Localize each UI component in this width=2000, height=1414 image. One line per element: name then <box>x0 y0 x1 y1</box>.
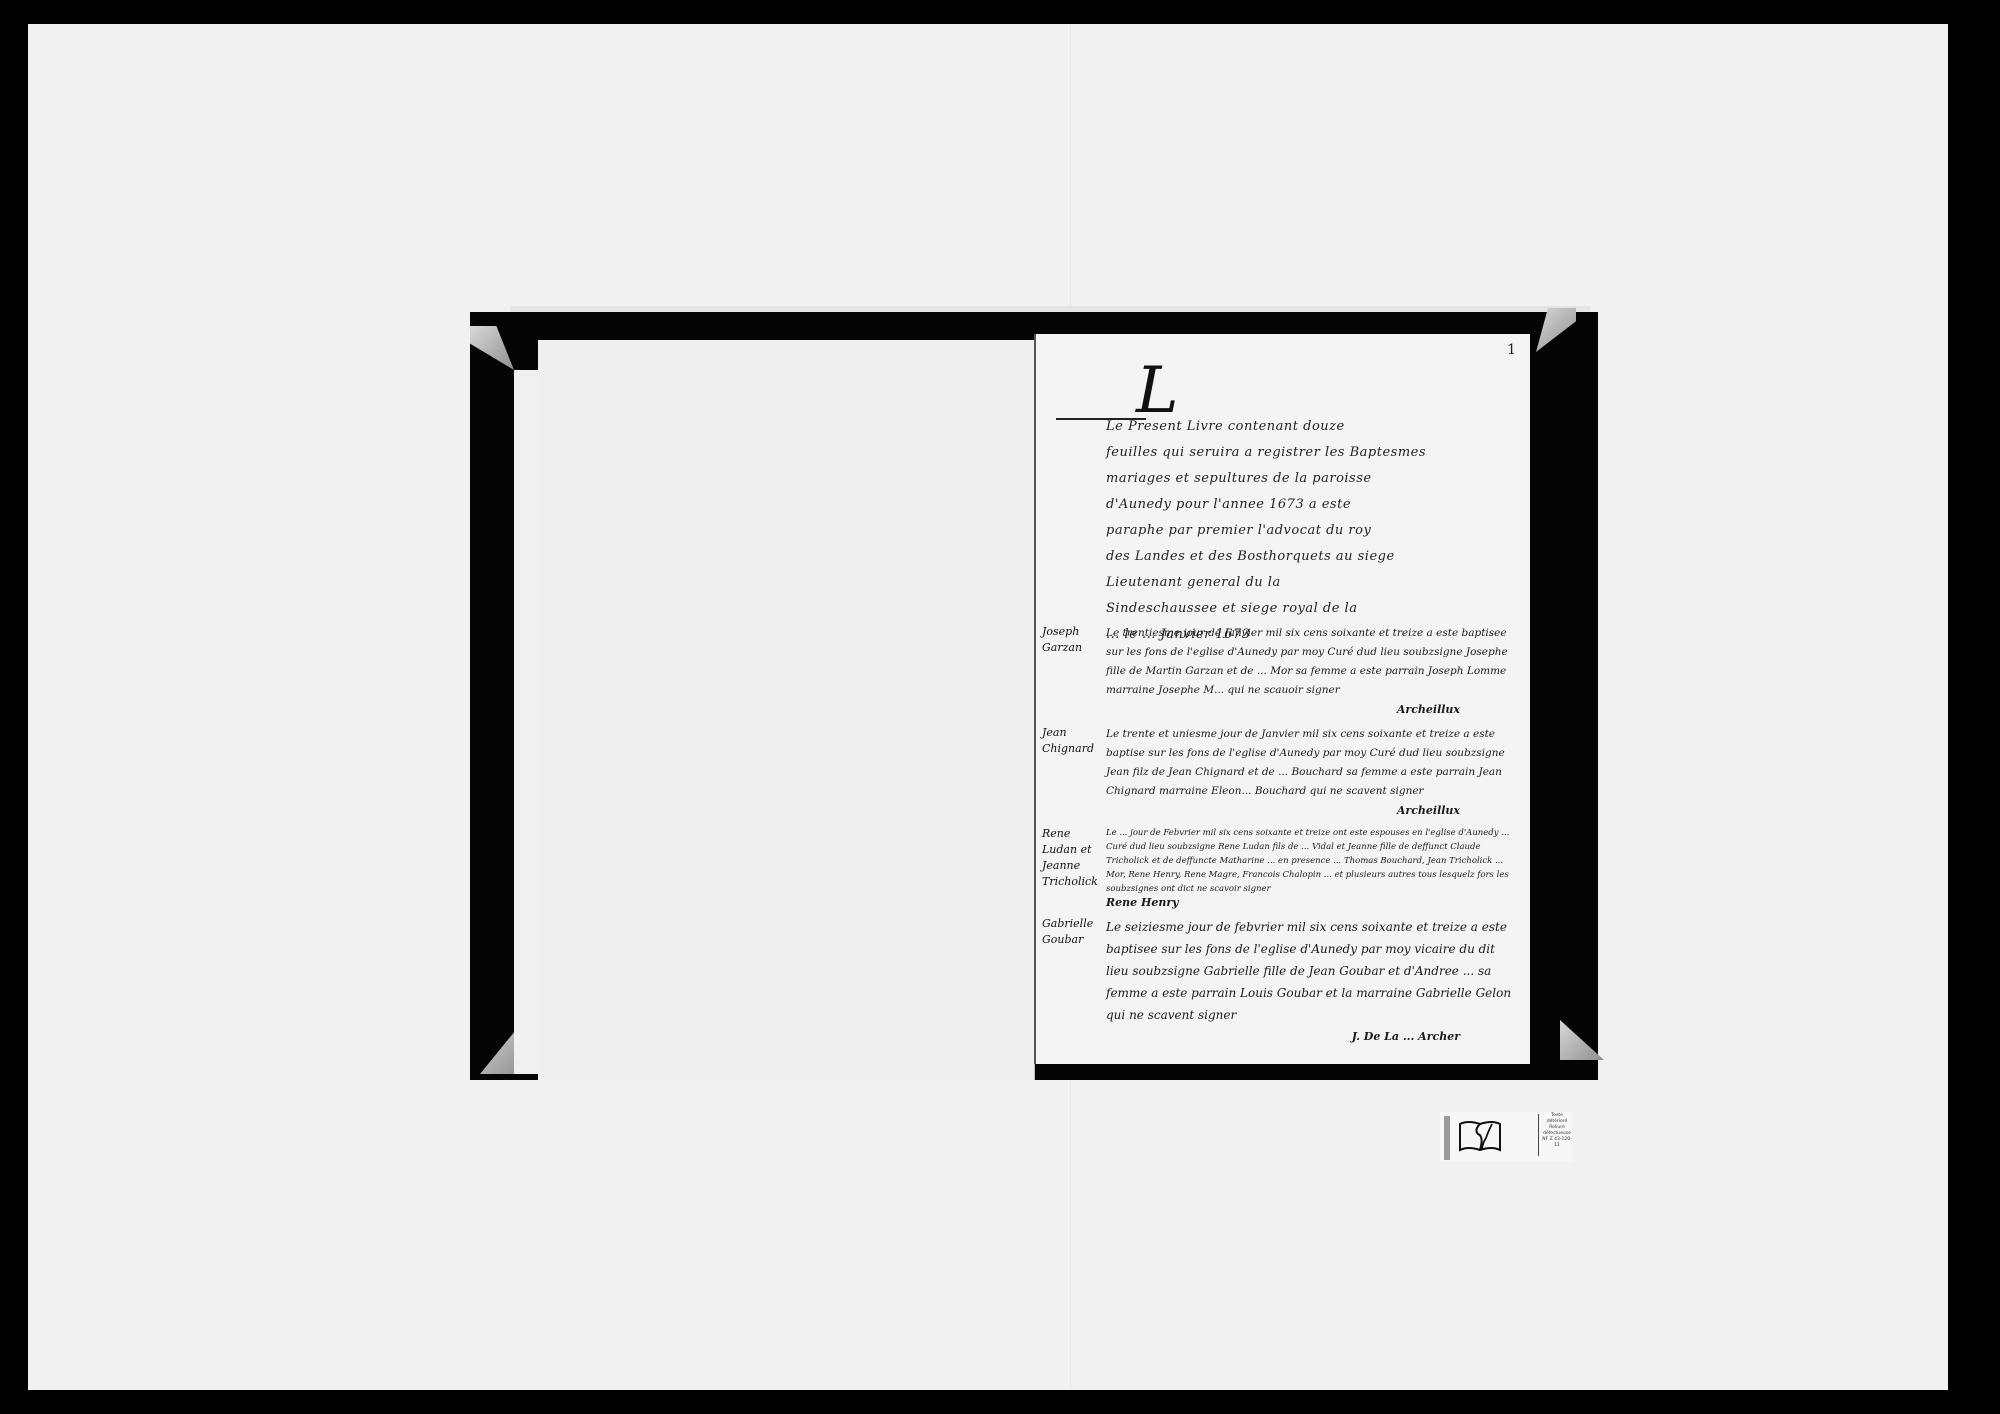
decorated-initial: L <box>1136 354 1179 428</box>
torn-book-icon <box>1458 1118 1502 1154</box>
entry-text: Le trente et uniesme jour de Janvier mil… <box>1106 728 1505 797</box>
title-line: Sindeschaussee et siege royal de la <box>1106 596 1516 622</box>
signature: Rene Henry <box>1106 896 1520 910</box>
margin-name: Jean Chignard <box>1036 725 1106 820</box>
entry-text: Le trentiesme jour de Janvier mil six ce… <box>1106 627 1508 696</box>
register-title-block: L Le Present Livre contenant douze feuil… <box>1056 374 1516 648</box>
register-entry: Gabrielle Goubar Le seiziesme jour de fe… <box>1036 916 1530 1048</box>
notice-line: NF Z 43-120-11 <box>1540 1137 1574 1149</box>
title-line: Lieutenant general du la <box>1106 570 1516 596</box>
endpaper-edge <box>514 370 538 1074</box>
register-entries: Joseph Garzan Le trentiesme jour de Janv… <box>1036 624 1530 1054</box>
right-page-manuscript: 1 L Le Present Livre contenant douze feu… <box>1034 334 1530 1064</box>
folio-number: 1 <box>1507 342 1516 358</box>
entry-text: Le ... jour de Febvrier mil six cens soi… <box>1106 828 1509 894</box>
title-line: paraphe par premier l'advocat du roy <box>1106 518 1516 544</box>
signature: J. De La ... Archer <box>1106 1026 1520 1048</box>
register-entry: Rene Ludan et Jeanne Tricholick Le ... j… <box>1036 826 1530 910</box>
signature: Archeillux <box>1106 700 1520 719</box>
title-line: des Landes et des Bosthorquets au siege <box>1106 544 1516 570</box>
margin-name: Joseph Garzan <box>1036 624 1106 719</box>
register-entry: Joseph Garzan Le trentiesme jour de Janv… <box>1036 624 1530 719</box>
notice-bar <box>1444 1116 1450 1160</box>
title-line: feuilles qui seruira a registrer les Bap… <box>1106 440 1516 466</box>
title-line: mariages et sepultures de la paroisse <box>1106 466 1516 492</box>
title-line: d'Aunedy pour l'annee 1673 a este <box>1106 492 1516 518</box>
signature: Archeillux <box>1106 801 1520 820</box>
notice-text: Texte détérioré Reliure défectueuse NF Z… <box>1540 1113 1574 1149</box>
entry-text: Le seiziesme jour de febvrier mil six ce… <box>1106 920 1511 1022</box>
margin-name: Rene Ludan et Jeanne Tricholick <box>1036 826 1106 910</box>
left-page-blank <box>538 340 1035 1080</box>
title-flourish <box>1056 418 1146 420</box>
register-entry: Jean Chignard Le trente et uniesme jour … <box>1036 725 1530 820</box>
notice-separator <box>1538 1114 1539 1156</box>
margin-name: Gabrielle Goubar <box>1036 916 1106 1048</box>
